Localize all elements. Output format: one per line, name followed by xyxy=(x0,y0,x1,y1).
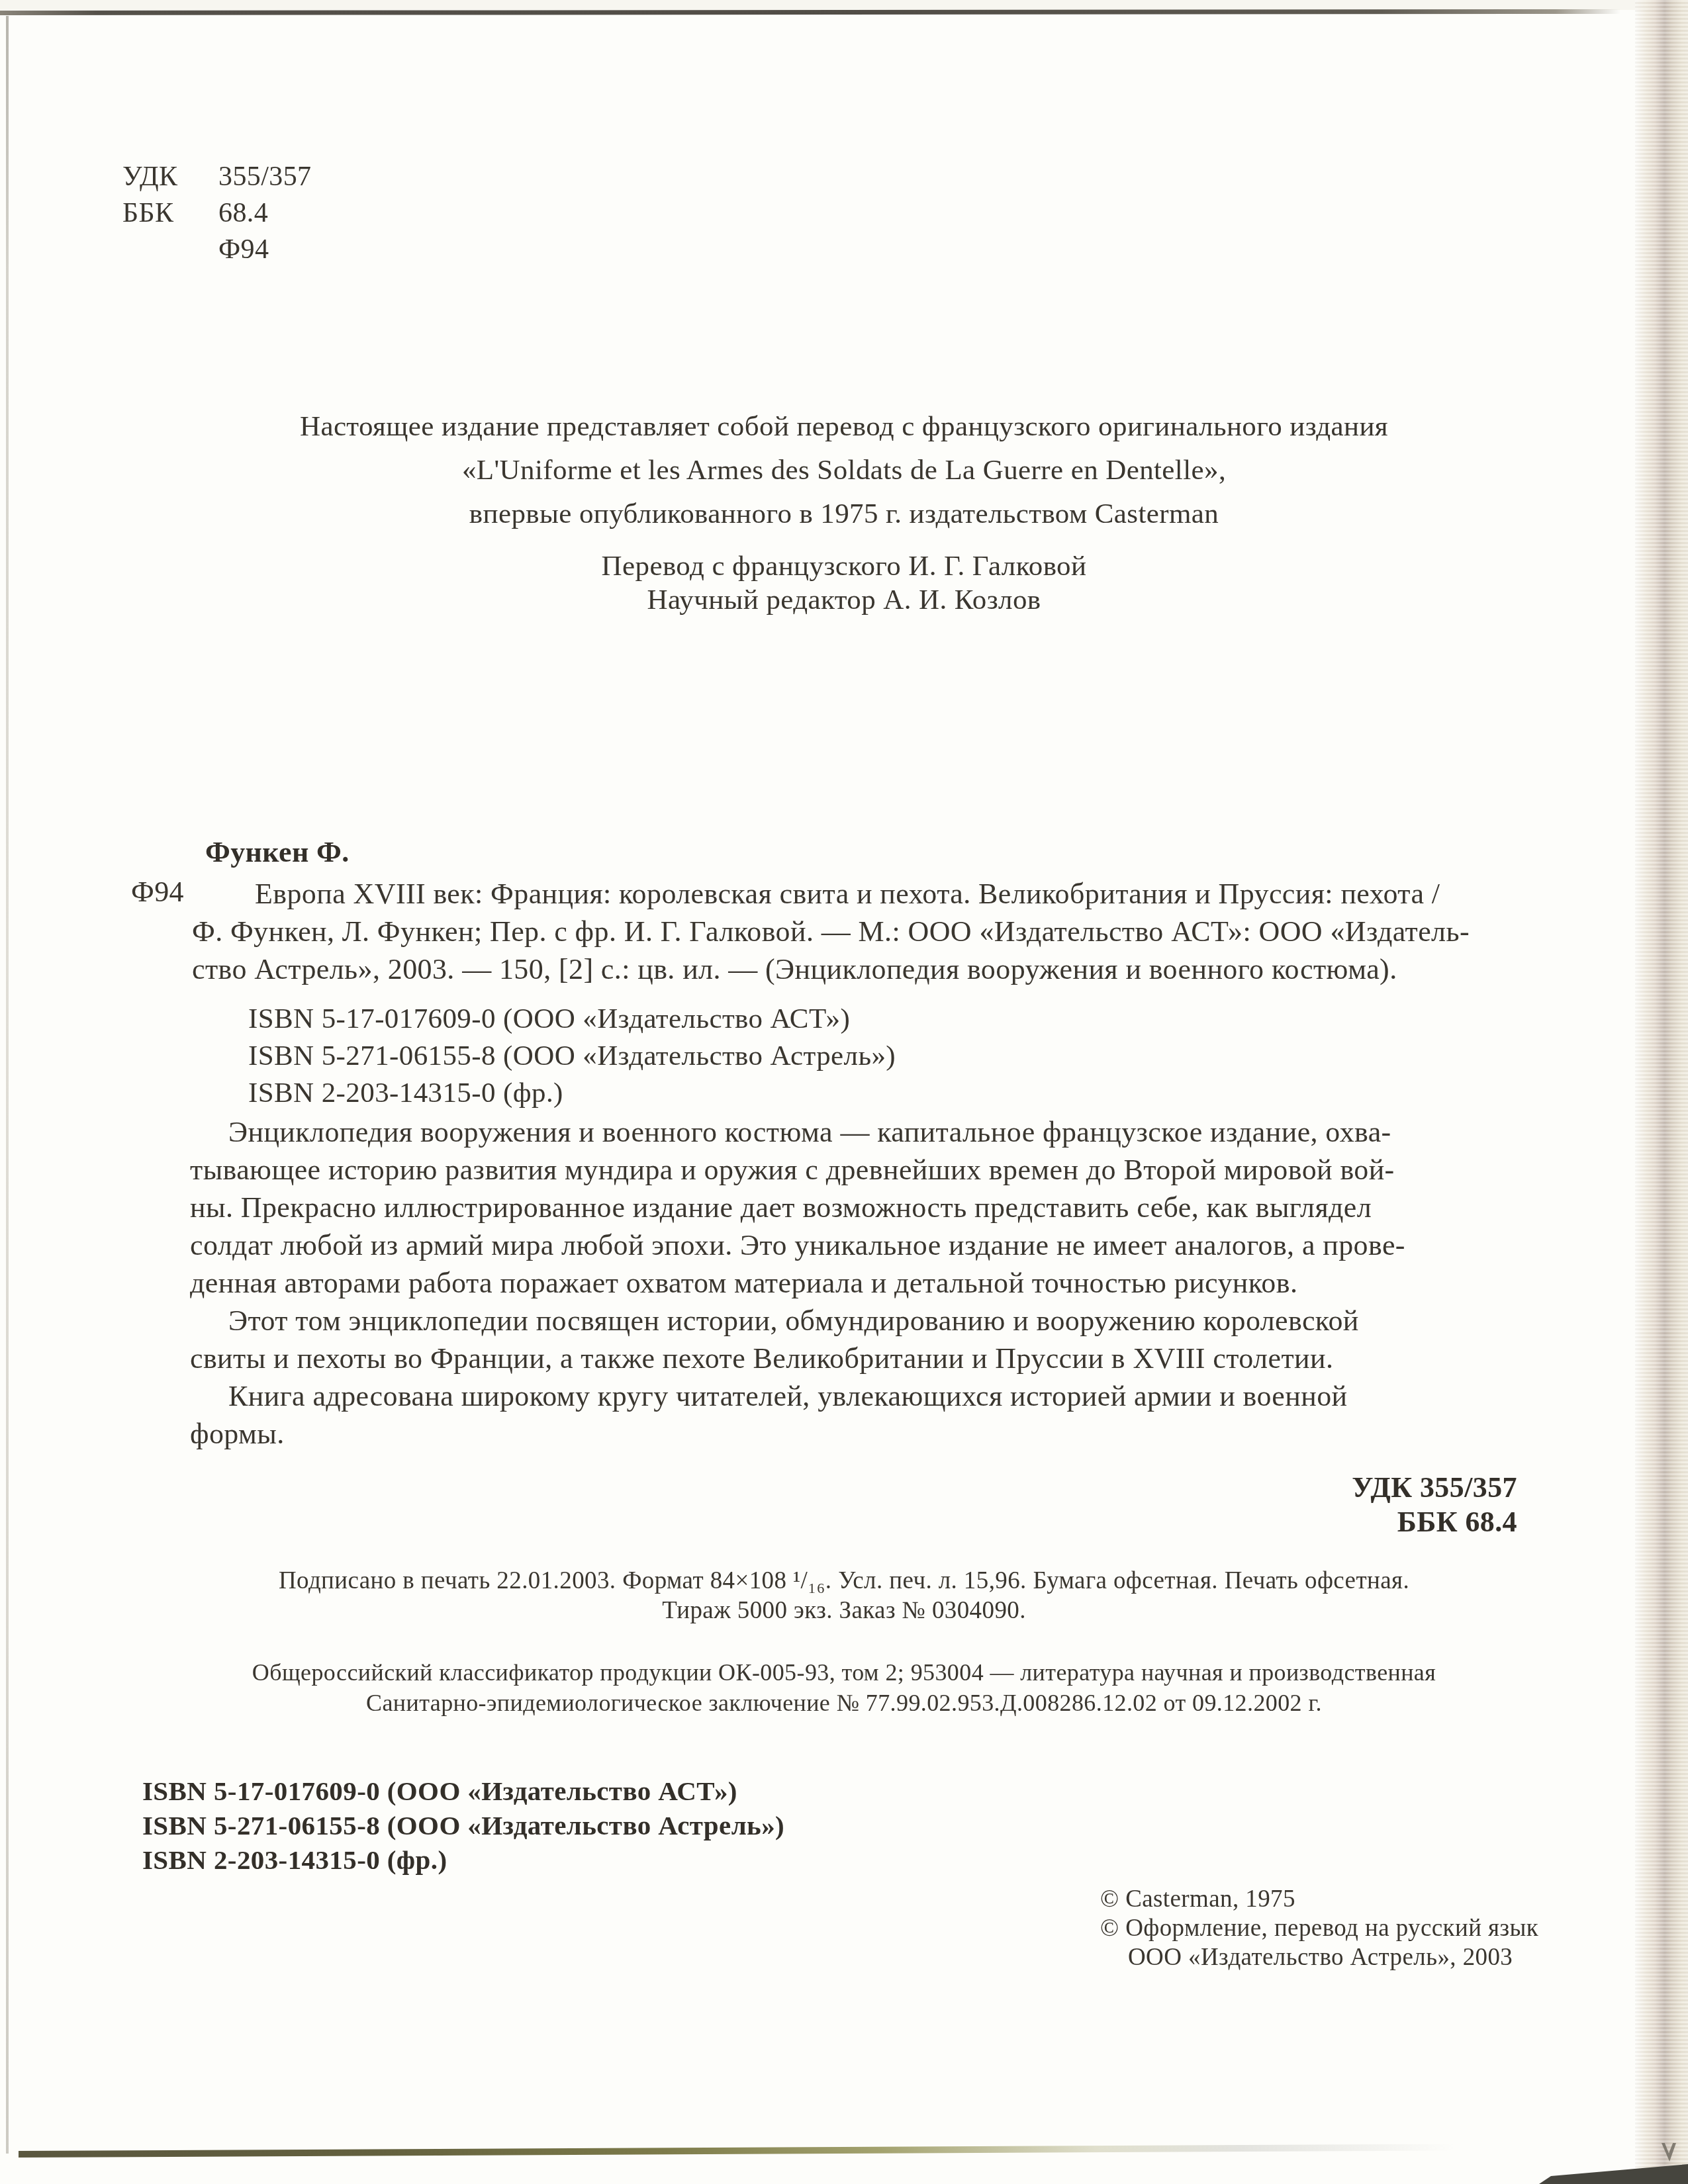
classification-codes-bottom: УДК 355/357 ББК 68.4 xyxy=(1352,1471,1517,1539)
copyright-casterman: © Casterman, 1975 xyxy=(1100,1885,1538,1914)
copyright-translation: © Оформление, перевод на русский язык xyxy=(1100,1914,1538,1943)
bottom-scan-edge-line xyxy=(19,2144,1455,2158)
annotation-paragraph-1: Энциклопедия вооружения и военного костю… xyxy=(190,1113,1524,1302)
top-scan-edge-line xyxy=(0,9,1620,15)
translator-editor-credits: Перевод с французского И. Г. Галковой На… xyxy=(165,549,1523,617)
udk-value: 355/357 xyxy=(218,161,311,192)
top-scan-margin xyxy=(0,0,1688,10)
catalog-author-code: Ф94 xyxy=(131,875,184,909)
bbk-label: ББК xyxy=(122,195,218,232)
author-code: Ф94 xyxy=(218,234,269,265)
annotation: Энциклопедия вооружения и военного костю… xyxy=(190,1113,1524,1453)
classification-codes-top: УДК355/357 ББК68.4 Ф94 xyxy=(122,159,311,268)
author-code-row: Ф94 xyxy=(122,232,311,268)
catalog-entry: Европа XVIII век: Франция: королевская с… xyxy=(192,875,1526,988)
print-run-info: Подписано в печать 22.01.2003. Формат 84… xyxy=(165,1566,1523,1625)
isbn-list: ISBN 5-17-017609-0 (ООО «Издательство АС… xyxy=(248,1001,896,1112)
udk-label: УДК xyxy=(122,159,218,195)
copyright-publisher: ООО «Издательство Астрель», 2003 xyxy=(1100,1943,1538,1972)
product-classifier-info: Общероссийский классификатор продукции О… xyxy=(165,1657,1523,1718)
scanned-imprint-page: УДК355/357 ББК68.4 Ф94 Настоящее издание… xyxy=(0,0,1688,2184)
annotation-paragraph-3: Книга адресована широкому кругу читателе… xyxy=(190,1377,1524,1453)
bbk-value: 68.4 xyxy=(218,198,268,228)
edition-origin-note: Настоящее издание представляет собой пер… xyxy=(165,405,1523,536)
bbk-row: ББК68.4 xyxy=(122,195,311,232)
copyright-block: © Casterman, 1975 © Оформление, перевод … xyxy=(1100,1885,1538,1972)
corner-scan-shadow xyxy=(1539,2164,1688,2184)
udk-row: УДК355/357 xyxy=(122,159,311,195)
left-scan-edge-line xyxy=(6,16,9,2154)
catalog-author: Функен Ф. xyxy=(205,835,350,869)
isbn-list-bold: ISBN 5-17-017609-0 (ООО «Издательство АС… xyxy=(142,1774,784,1877)
book-page-edge-strip xyxy=(1635,0,1688,2184)
annotation-paragraph-2: Этот том энциклопедии посвящен истории, … xyxy=(190,1302,1524,1377)
